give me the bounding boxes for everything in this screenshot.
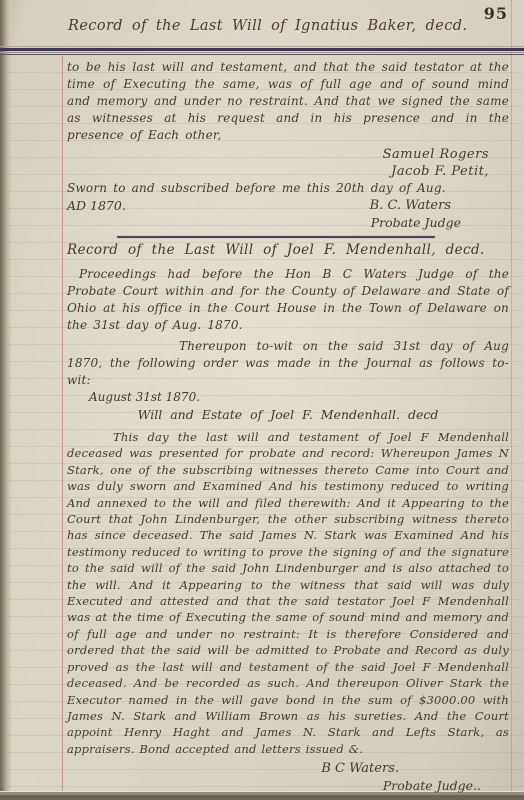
- witness-signatures: Samuel Rogers Jacob F. Petit,: [67, 146, 489, 180]
- record-book-page: 95 Record of the Last Will of Ignatius B…: [0, 0, 524, 800]
- judge-signature: B. C. Waters: [370, 197, 451, 214]
- right-margin-line: [511, 0, 512, 791]
- book-binding-edge: [0, 0, 12, 800]
- closing-judge-title: Probate Judge..: [67, 777, 481, 794]
- closing-signature-block: B C Waters. Probate Judge..: [67, 760, 509, 794]
- left-margin-line: [62, 56, 63, 791]
- thereupon-paragraph: Thereupon to-wit on the said 31st day of…: [67, 338, 509, 389]
- order-date: August 31st 1870.: [89, 389, 509, 406]
- sworn-date-row: AD 1870. B. C. Waters: [67, 197, 509, 214]
- sworn-statement: Sworn to and subscribed before me this 2…: [67, 180, 509, 197]
- page-content: to be his last will and testament, and t…: [67, 59, 509, 790]
- proceedings-paragraph: Proceedings had before the Hon B C Water…: [67, 266, 509, 334]
- closing-judge-signature: B C Waters.: [67, 760, 399, 777]
- witness-signature-petit: Jacob F. Petit,: [67, 163, 489, 180]
- mendenhall-record-title: Record of the Last Will of Joel F. Mende…: [67, 241, 509, 260]
- baker-record-title: Record of the Last Will of Ignatius Bake…: [68, 18, 498, 34]
- header-divider-rule: [0, 45, 524, 56]
- baker-attestation-paragraph: to be his last will and testament, and t…: [67, 59, 509, 144]
- probate-order-paragraph: This day the last will and testament of …: [67, 429, 509, 757]
- witness-signature-rogers: Samuel Rogers: [67, 146, 489, 163]
- section-divider-rule: [117, 236, 435, 238]
- sworn-date: AD 1870.: [67, 197, 126, 214]
- judge-title: Probate Judge: [67, 214, 461, 231]
- estate-caption: Will and Estate of Joel F. Mendenhall. d…: [67, 406, 509, 423]
